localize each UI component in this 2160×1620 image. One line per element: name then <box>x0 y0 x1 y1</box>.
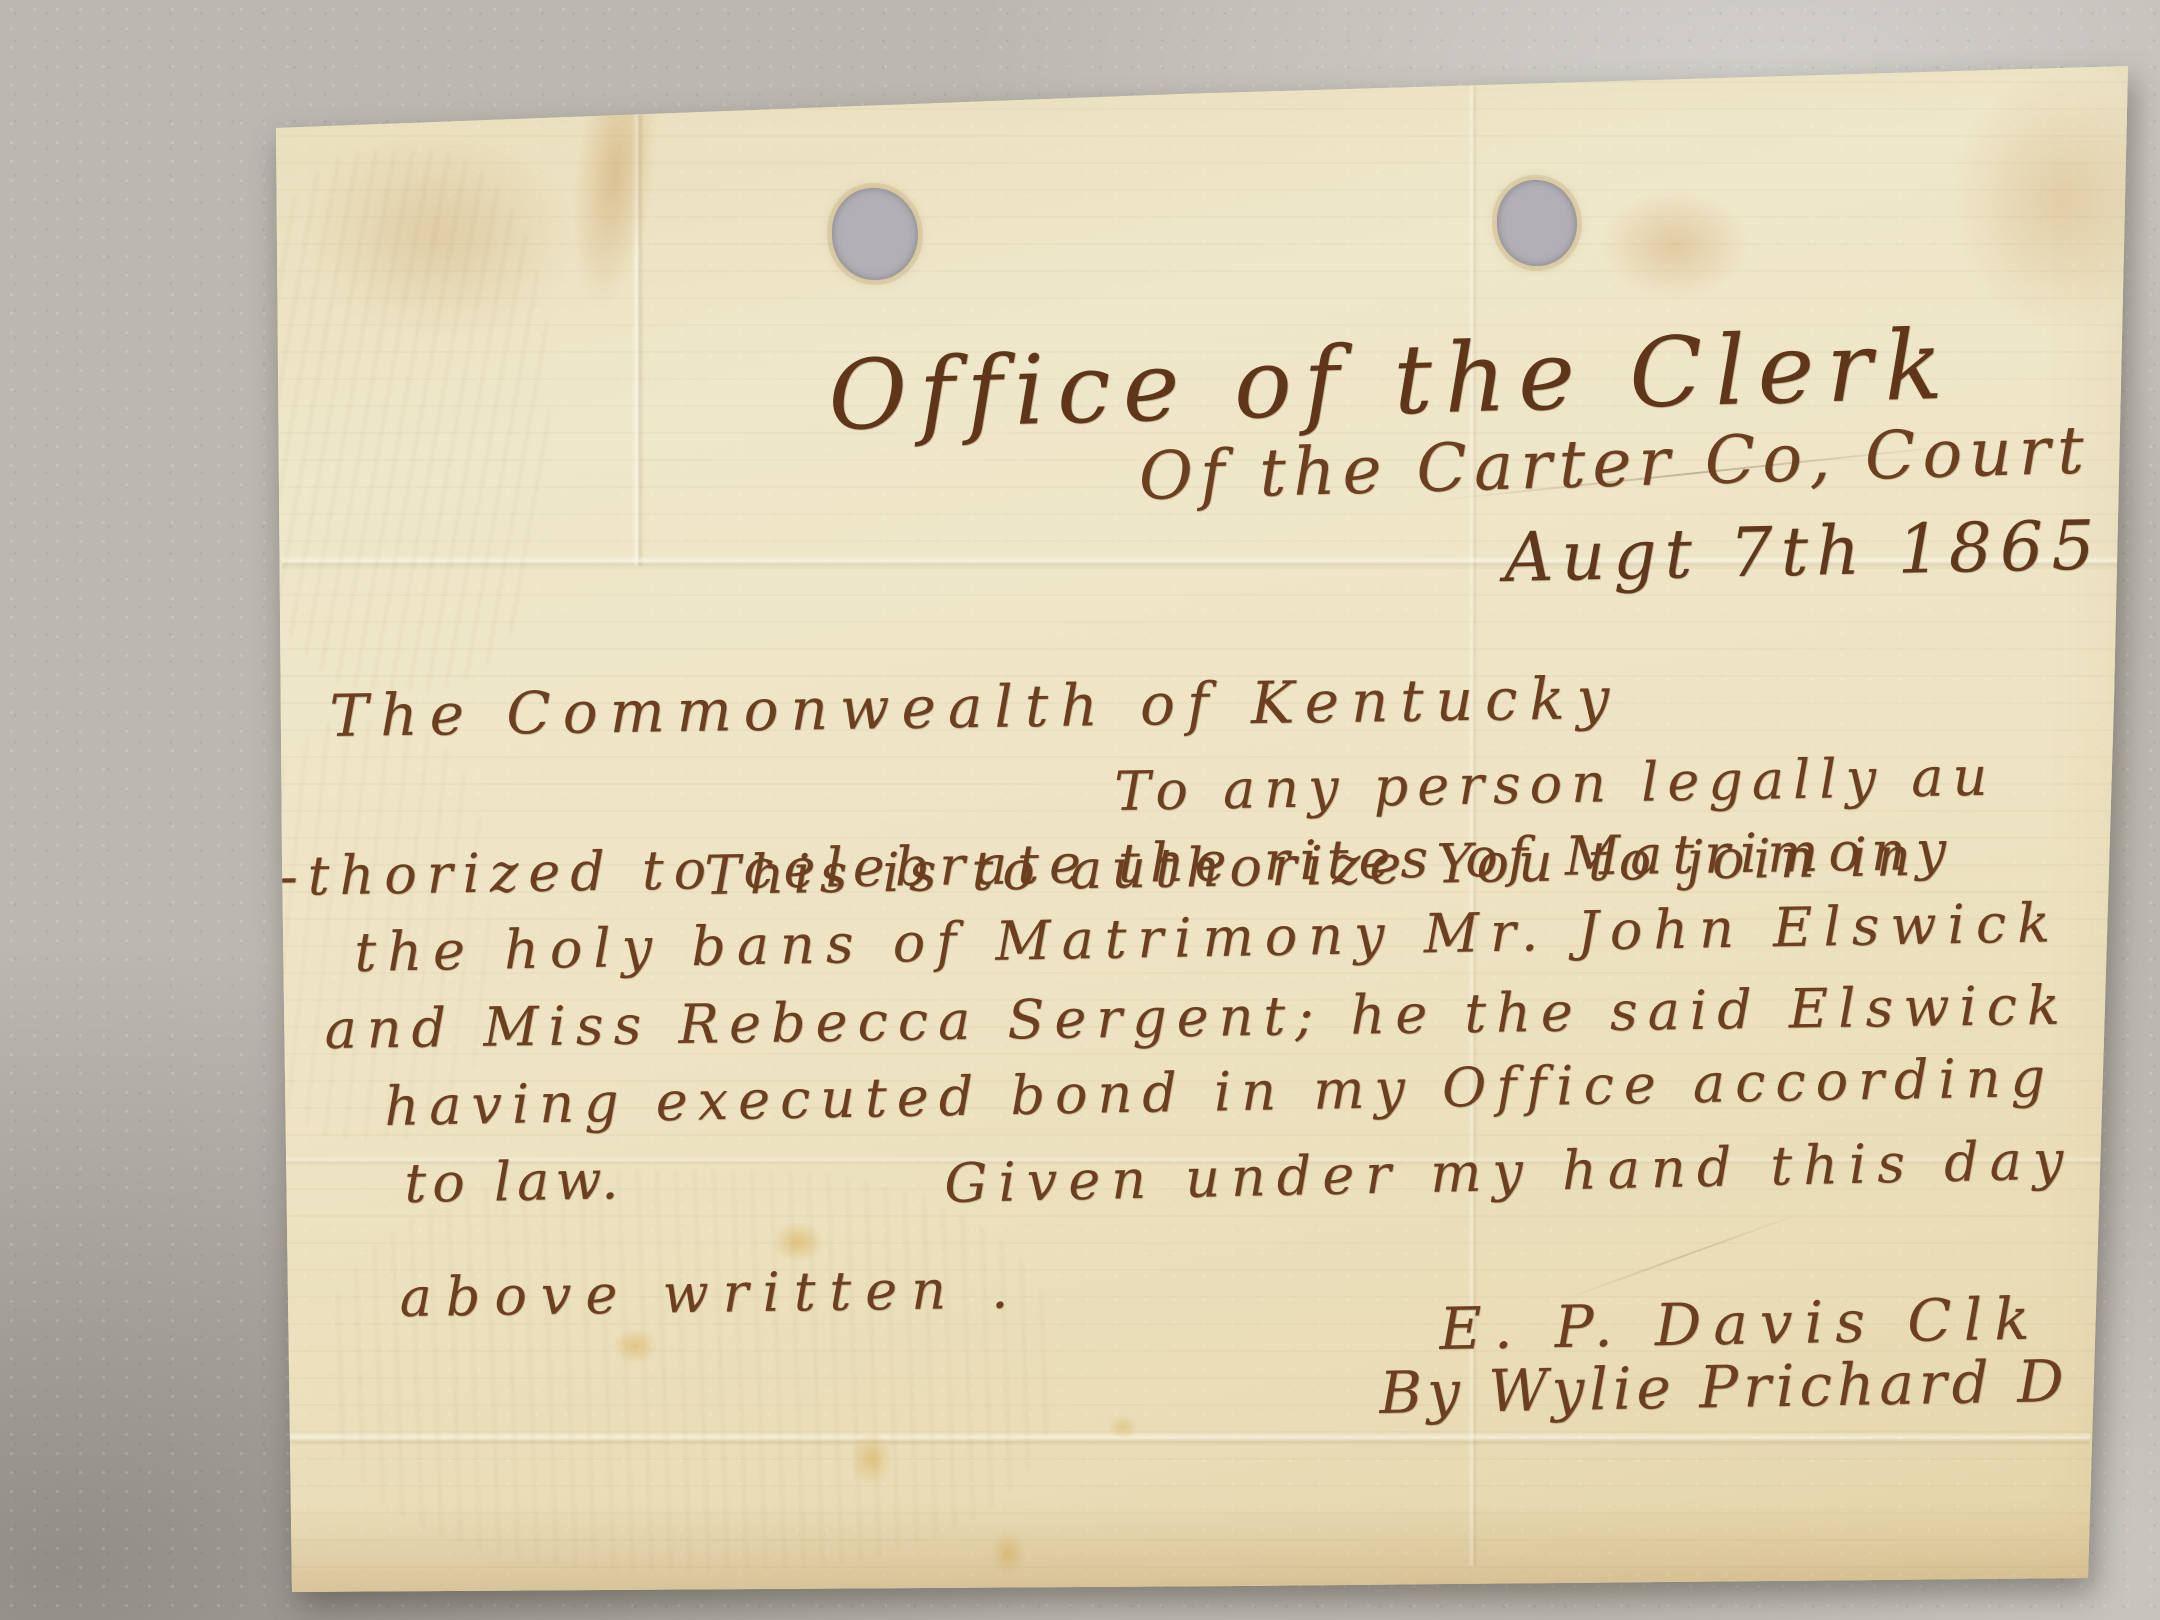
photo-background: Office of the Clerk Of the Carter Co, Co… <box>0 0 2160 1620</box>
yellow-blotch <box>1108 1415 1138 1439</box>
handwritten-line-date: Augt 7th 1865 <box>1503 506 2103 598</box>
rust-stain <box>300 130 580 340</box>
handwritten-signature-deputy: By Wylie Prichard D C <box>1379 1346 2142 1427</box>
yellow-blotch <box>990 1530 1026 1576</box>
handwritten-line-to-law: to law. <box>404 1148 625 1215</box>
rust-stain <box>1600 190 1750 300</box>
bleedthrough-writing <box>250 150 550 690</box>
horizontal-fold-crease <box>290 1432 2090 1446</box>
handwritten-line-above-written: above written . <box>399 1257 1023 1329</box>
bleedthrough-writing <box>330 1170 1050 1570</box>
handwritten-line-rebecca-sergent: and Miss Rebecca Sergent; he the said El… <box>324 974 2070 1061</box>
paper-shadow: Office of the Clerk Of the Carter Co, Co… <box>0 0 2160 1620</box>
punch-hole-left <box>832 188 918 280</box>
bottom-edge-browning <box>280 1500 2100 1610</box>
vertical-fold-crease <box>632 96 644 566</box>
handwritten-line-holy-bans: the holy bans of Matrimony Mr. John Elsw… <box>354 891 2061 984</box>
handwritten-line-to-any-person: To any person legally au <box>1114 745 1997 823</box>
handwritten-line-given-under-hand: Given under my hand this day <box>944 1128 2075 1215</box>
yellow-blotch <box>850 1432 892 1486</box>
rust-stain <box>559 36 671 314</box>
handwritten-line-executed-bond: having executed bond in my Office accord… <box>384 1046 2056 1138</box>
rust-stain <box>1950 70 2160 330</box>
punch-hole-right <box>1497 180 1577 266</box>
yellow-blotch <box>612 1328 658 1364</box>
document-paper: Office of the Clerk Of the Carter Co, Co… <box>0 0 2160 1620</box>
handwritten-line-commonwealth: The Commonwealth of Kentucky <box>329 664 1622 750</box>
yellow-blotch <box>772 1222 824 1262</box>
